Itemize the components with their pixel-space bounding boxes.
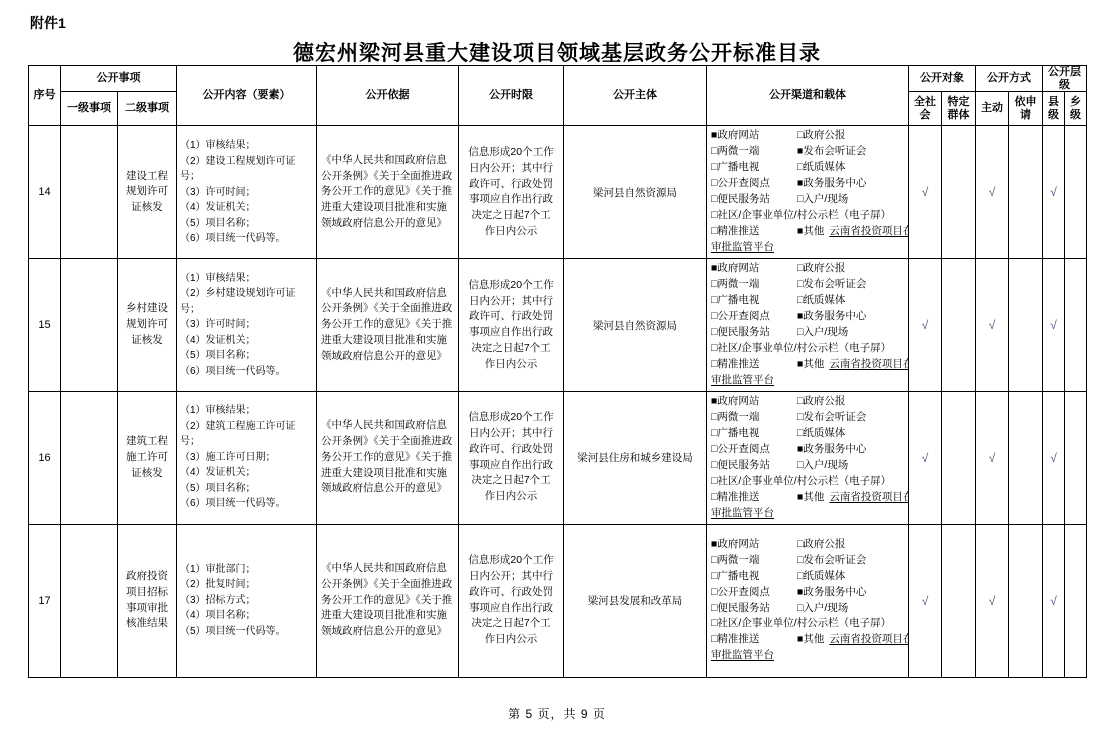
channel-checkbox-item: □入户/现场 [797,192,904,208]
cell-matter-l1 [61,391,118,524]
channel-checkbox-item: □入户/现场 [797,601,904,617]
cell-check-method-active: √ [976,126,1009,259]
channel-checkbox-item: □纸质媒体 [797,426,904,442]
channel-checkbox-item: ■政府网站 [711,537,797,553]
header-time-limit: 公开时限 [459,66,564,126]
cell-subject: 梁河县住房和城乡建设局 [564,391,707,524]
table-row: 16 建筑工程施工许可证核发 （1）审核结果； （2）建筑工程施工许可证号； （… [29,391,1087,524]
cell-channels: ■政府网站 □政府公报 □两微一端 ■发布会听证会 □广播电视 □纸质媒体 □公… [707,126,909,259]
table-row: 14 建设工程规划许可证核发 （1）审核结果； （2）建设工程规划许可证号； （… [29,126,1087,259]
channel-checkbox-item: ■政府网站 [711,261,797,277]
channel-checkbox-item: ■政务服务中心 [797,309,904,325]
channel-checkbox-item: □精准推送 [711,224,797,240]
cell-content: （1）审核结果； （2）建筑工程施工许可证号； （3）施工许可日期； （4）发证… [177,391,317,524]
header-seq: 序号 [29,66,61,126]
cell-matter-l1 [61,126,118,259]
cell-subject: 梁河县发展和改革局 [564,524,707,677]
channel-checkbox-item: □社区/企事业单位/村公示栏（电子屏） [711,474,891,490]
header-content: 公开内容（要素） [177,66,317,126]
cell-seq: 16 [29,391,61,524]
channel-other-item: ■其他云南省投资项目在线 [797,490,909,506]
header-matter-l1: 一级事项 [61,92,118,126]
channel-checkbox-item: □两微一端 [711,144,797,160]
header-matter-group: 公开事项 [61,66,177,92]
channel-checkbox-item: ■其他 [797,491,824,503]
channel-checkbox-item: □纸质媒体 [797,569,904,585]
channel-checkbox-item: ■政府网站 [711,394,797,410]
cell-matter-l1 [61,524,118,677]
channel-line: ■政府网站 □政府公报 [711,261,904,277]
cell-content: （1）审批部门； （2）批复时间； （3）招标方式； （4）项目名称； （5）项… [177,524,317,677]
channel-checkbox-item: □两微一端 [711,410,797,426]
channel-line: □两微一端 ■发布会听证会 [711,144,904,160]
channel-line: □两微一端 □发布会听证会 [711,553,904,569]
cell-time-limit: 信息形成20个工作日内公开；其中行政许可、行政处罚事项应自作出行政决定之日起7个… [459,259,564,392]
cell-check-target-specific [942,524,976,677]
channel-checkbox-item: ■其他 [797,358,824,370]
cell-subject: 梁河县自然资源局 [564,259,707,392]
header-method-request: 依申 请 [1009,92,1043,126]
cell-time-limit: 信息形成20个工作日内公开；其中行政许可、行政处罚事项应自作出行政决定之日起7个… [459,391,564,524]
channel-checkbox-item: □社区/企事业单位/村公示栏（电子屏） [711,341,891,357]
header-channels: 公开渠道和载体 [707,66,909,126]
channel-line: □社区/企事业单位/村公示栏（电子屏） [711,474,904,490]
cell-matter-l2: 建设工程规划许可证核发 [118,126,177,259]
channel-checkbox-item: ■政务服务中心 [797,442,904,458]
standards-table: 序号 公开事项 公开内容（要素） 公开依据 公开时限 公开主体 公开渠道和载体 … [28,65,1087,678]
channel-line: □精准推送 ■其他云南省投资项目在线 [711,490,904,506]
header-method-group: 公开方式 [976,66,1043,92]
cell-check-level-county: √ [1043,126,1065,259]
cell-check-method-request [1009,259,1043,392]
cell-check-target-specific [942,259,976,392]
header-method-active: 主动 [976,92,1009,126]
channel-checkbox-item: □政府公报 [797,128,904,144]
channel-checkbox-item: ■其他 [797,225,824,237]
channel-line: 审批监管平台 [711,648,904,664]
channel-line: □精准推送 ■其他云南省投资项目在线 [711,632,904,648]
channel-checkbox-item: ■政府网站 [711,128,797,144]
channel-checkbox-item: □便民服务站 [711,192,797,208]
page-title: 德宏州梁河县重大建设项目领域基层政务公开标准目录 [0,37,1114,67]
channel-line: □公开查阅点 ■政务服务中心 [711,176,904,192]
cell-check-level-county: √ [1043,524,1065,677]
cell-seq: 15 [29,259,61,392]
channel-line: □社区/企事业单位/村公示栏（电子屏） [711,341,904,357]
channel-checkbox-item: □发布会听证会 [797,553,904,569]
page-number: 第 5 页，共 9 页 [0,705,1114,722]
channel-line: □社区/企事业单位/村公示栏（电子屏） [711,208,904,224]
cell-check-method-request [1009,126,1043,259]
cell-subject: 梁河县自然资源局 [564,126,707,259]
cell-check-target-specific [942,391,976,524]
channel-line: □便民服务站 □入户/现场 [711,192,904,208]
cell-channels: ■政府网站 □政府公报 □两微一端 □发布会听证会 □广播电视 □纸质媒体 □公… [707,259,909,392]
channel-checkbox-item: □政府公报 [797,394,904,410]
cell-channels: ■政府网站 □政府公报 □两微一端 □发布会听证会 □广播电视 □纸质媒体 □公… [707,391,909,524]
channel-other-value: 审批监管平台 [711,373,774,389]
header-basis: 公开依据 [317,66,459,126]
header-level-group: 公开层级 [1043,66,1087,92]
channel-checkbox-item: □发布会听证会 [797,277,904,293]
channel-checkbox-item: □社区/企事业单位/村公示栏（电子屏） [711,208,891,224]
header-level-town: 乡 级 [1065,92,1087,126]
attachment-label: 附件1 [30,13,66,33]
cell-check-method-active: √ [976,524,1009,677]
cell-check-target-all: √ [909,126,942,259]
channel-checkbox-item: □纸质媒体 [797,160,904,176]
channel-checkbox-item: □政府公报 [797,537,904,553]
channel-checkbox-item: □精准推送 [711,632,797,648]
cell-check-method-active: √ [976,259,1009,392]
cell-check-method-request [1009,391,1043,524]
cell-check-target-all: √ [909,259,942,392]
header-target-all: 全社 会 [909,92,942,126]
cell-content: （1）审核结果； （2）乡村建设规划许可证号； （3）许可时间； （4）发证机关… [177,259,317,392]
cell-check-method-active: √ [976,391,1009,524]
channel-line: □广播电视 □纸质媒体 [711,160,904,176]
cell-matter-l2: 乡村建设规划许可证核发 [118,259,177,392]
cell-seq: 17 [29,524,61,677]
channel-line: □社区/企事业单位/村公示栏（电子屏） [711,616,904,632]
channel-line: □广播电视 □纸质媒体 [711,569,904,585]
channel-line: ■政府网站 □政府公报 [711,537,904,553]
channel-other-item: ■其他云南省投资项目在线 [797,357,909,373]
channel-line: □两微一端 □发布会听证会 [711,277,904,293]
cell-matter-l2: 建筑工程施工许可证核发 [118,391,177,524]
channel-line: □便民服务站 □入户/现场 [711,458,904,474]
channel-checkbox-item: □广播电视 [711,293,797,309]
table-row: 17 政府投资项目招标事项审批核准结果 （1）审批部门； （2）批复时间； （3… [29,524,1087,677]
header-target-group: 公开对象 [909,66,976,92]
channel-checkbox-item: □精准推送 [711,490,797,506]
channel-checkbox-item: □公开查阅点 [711,585,797,601]
cell-basis: 《中华人民共和国政府信息公开条例》《关于全面推进政务公开工作的意见》《关于推进重… [317,524,459,677]
channel-line: ■政府网站 □政府公报 [711,394,904,410]
channel-checkbox-item: □入户/现场 [797,325,904,341]
channel-other-value: 审批监管平台 [711,240,774,256]
cell-check-target-specific [942,126,976,259]
channel-other-value: 云南省投资项目在线 [829,491,908,503]
header-level-county: 县 级 [1043,92,1065,126]
channel-line: □两微一端 □发布会听证会 [711,410,904,426]
channel-checkbox-item: □公开查阅点 [711,309,797,325]
channel-line: □便民服务站 □入户/现场 [711,325,904,341]
header-matter-l2: 二级事项 [118,92,177,126]
channel-checkbox-item: □便民服务站 [711,458,797,474]
cell-check-level-town [1065,391,1087,524]
channel-line: 审批监管平台 [711,373,904,389]
cell-basis: 《中华人民共和国政府信息公开条例》《关于全面推进政务公开工作的意见》《关于推进重… [317,126,459,259]
channel-line: □精准推送 ■其他云南省投资项目在线 [711,357,904,373]
channel-checkbox-item: ■发布会听证会 [797,144,904,160]
cell-matter-l1 [61,259,118,392]
channel-line: 审批监管平台 [711,240,904,256]
channel-checkbox-item: □社区/企事业单位/村公示栏（电子屏） [711,616,891,632]
channel-checkbox-item: □政府公报 [797,261,904,277]
cell-basis: 《中华人民共和国政府信息公开条例》《关于全面推进政务公开工作的意见》《关于推进重… [317,391,459,524]
channel-checkbox-item: □精准推送 [711,357,797,373]
cell-content: （1）审核结果； （2）建设工程规划许可证号； （3）许可时间； （4）发证机关… [177,126,317,259]
channel-checkbox-item: □发布会听证会 [797,410,904,426]
channel-checkbox-item: □两微一端 [711,277,797,293]
cell-check-level-town [1065,524,1087,677]
channel-checkbox-item: □入户/现场 [797,458,904,474]
channel-other-value: 云南省投资项目在线 [829,358,908,370]
channel-line: □广播电视 □纸质媒体 [711,426,904,442]
cell-seq: 14 [29,126,61,259]
channel-line: □广播电视 □纸质媒体 [711,293,904,309]
header-subject: 公开主体 [564,66,707,126]
channel-other-item: ■其他云南省投资项目在线 [797,224,909,240]
table-body: 14 建设工程规划许可证核发 （1）审核结果； （2）建设工程规划许可证号； （… [29,126,1087,677]
channel-checkbox-item: □便民服务站 [711,601,797,617]
channel-other-value: 审批监管平台 [711,648,774,664]
cell-check-level-town [1065,126,1087,259]
cell-check-target-all: √ [909,391,942,524]
cell-check-level-county: √ [1043,259,1065,392]
channel-line: □精准推送 ■其他云南省投资项目在线 [711,224,904,240]
channel-checkbox-item: □便民服务站 [711,325,797,341]
channel-checkbox-item: □广播电视 [711,160,797,176]
cell-check-target-all: √ [909,524,942,677]
channel-checkbox-item: □两微一端 [711,553,797,569]
document-page: 附件1 德宏州梁河县重大建设项目领域基层政务公开标准目录 序号 公开事项 公开内… [0,0,1114,738]
channel-checkbox-item: □公开查阅点 [711,442,797,458]
channel-line: □公开查阅点 ■政务服务中心 [711,442,904,458]
channel-line: □公开查阅点 ■政务服务中心 [711,309,904,325]
table-header: 序号 公开事项 公开内容（要素） 公开依据 公开时限 公开主体 公开渠道和载体 … [29,66,1087,126]
channel-checkbox-item: □纸质媒体 [797,293,904,309]
channel-checkbox-item: ■其他 [797,633,824,645]
channel-checkbox-item: □广播电视 [711,426,797,442]
channel-other-item: ■其他云南省投资项目在线 [797,632,909,648]
channel-line: □公开查阅点 ■政务服务中心 [711,585,904,601]
cell-basis: 《中华人民共和国政府信息公开条例》《关于全面推进政务公开工作的意见》《关于推进重… [317,259,459,392]
channel-checkbox-item: ■政务服务中心 [797,585,904,601]
cell-matter-l2: 政府投资项目招标事项审批核准结果 [118,524,177,677]
header-target-specific: 特定 群体 [942,92,976,126]
channel-line: ■政府网站 □政府公报 [711,128,904,144]
channel-line: □便民服务站 □入户/现场 [711,601,904,617]
channel-checkbox-item: □公开查阅点 [711,176,797,192]
cell-check-level-town [1065,259,1087,392]
channel-checkbox-item: □广播电视 [711,569,797,585]
channel-checkbox-item: ■政务服务中心 [797,176,904,192]
channel-other-value: 云南省投资项目在线 [829,633,908,645]
channel-other-value: 审批监管平台 [711,506,774,522]
cell-check-method-request [1009,524,1043,677]
table-row: 15 乡村建设规划许可证核发 （1）审核结果； （2）乡村建设规划许可证号； （… [29,259,1087,392]
cell-channels: ■政府网站 □政府公报 □两微一端 □发布会听证会 □广播电视 □纸质媒体 □公… [707,524,909,677]
channel-other-value: 云南省投资项目在线 [829,225,908,237]
channel-line: 审批监管平台 [711,506,904,522]
cell-time-limit: 信息形成20个工作日内公开；其中行政许可、行政处罚事项应自作出行政决定之日起7个… [459,524,564,677]
cell-time-limit: 信息形成20个工作日内公开；其中行政许可、行政处罚事项应自作出行政决定之日起7个… [459,126,564,259]
cell-check-level-county: √ [1043,391,1065,524]
